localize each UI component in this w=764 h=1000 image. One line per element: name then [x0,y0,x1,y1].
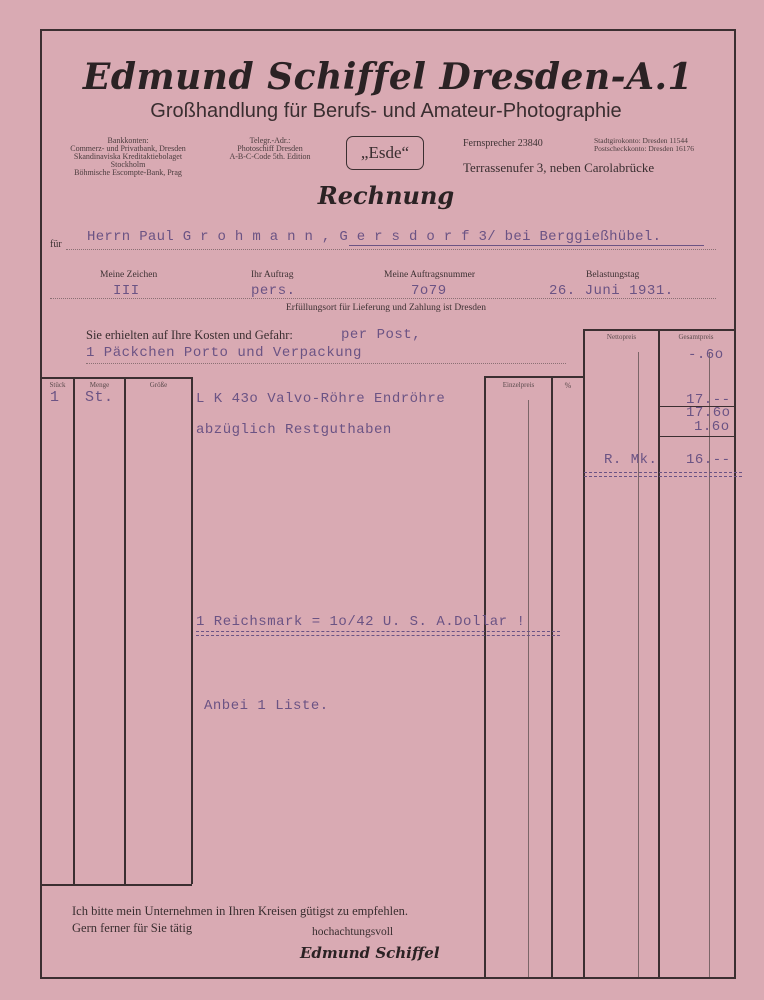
nettopreis-left [583,329,585,978]
esde-brand-mark: „Esde“ [346,136,424,170]
deduction-rule [658,436,734,437]
ihr-auftrag-label: Ihr Auftrag [251,270,293,280]
company-tagline: Großhandlung für Berufs- und Amateur-Pho… [40,100,732,123]
exchange-note: 1 Reichsmark = 1o/42 U. S. A.Dollar ! [196,614,525,630]
meta-line [50,298,716,299]
prozent-left [551,376,553,978]
shipping-label: Sie erhielten auf Ihre Kosten und Gefahr… [86,328,293,343]
frame-bottom [40,977,736,979]
amount-total: 16.-- [686,452,731,468]
col-menge-header: Menge [75,381,124,389]
recipient-value: Herrn Paul G r o h m a n n , G e r s d o… [87,229,661,245]
footer-recommendation: Ich bitte mein Unternehmen in Ihren Krei… [72,904,408,919]
enclosure-note: Anbei 1 Liste. [204,698,329,714]
bank-accounts: Bankkonten: Commerz- und Privatbank, Dre… [48,137,208,177]
col-groesse-header: Größe [126,381,191,389]
phone-number: Fernsprecher 23840 [463,138,543,149]
shipping-line2: 1 Päckchen Porto und Verpackung [86,345,362,361]
amount-deduction: 1.6o [694,419,730,435]
meine-zeichen-value: III [113,283,140,299]
col-gesamtpreis-header: Gesamtpreis [660,333,732,341]
signature: Edmund Schiffel [300,944,440,962]
recipient-line [66,249,716,250]
auftragsnummer-value: 7o79 [411,283,447,299]
row1-description: L K 43o Valvo-Röhre Endröhre [196,391,445,407]
recipient-label: für [50,239,62,250]
belastungstag-label: Belastungstag [586,270,639,280]
row1-menge: St. [85,389,114,406]
einzelpreis-decimal [528,400,529,977]
invoice-title: Rechnung [40,181,732,210]
col-stueck-header: Stück [42,381,73,389]
auftragsnummer-label: Meine Auftragsnummer [384,270,475,280]
left-table-bottom [40,884,192,886]
left-table-col3 [191,377,193,884]
meine-zeichen-label: Meine Zeichen [100,270,157,280]
ihr-auftrag-value: pers. [251,283,296,299]
left-table-top [40,377,192,379]
gesamtpreis-decimal [709,352,710,977]
footer-closing: hochachtungsvoll [312,926,393,938]
recipient-underline [349,245,704,246]
total-label: R. Mk. [604,452,657,468]
nettopreis-decimal [638,352,639,977]
shipping-method: per Post, [341,327,421,343]
company-name: Edmund Schiffel Dresden-A.1 [58,56,718,98]
col-nettopreis-header: Nettopreis [585,333,658,341]
belastungstag-value: 26. Juni 1931. [549,283,674,299]
left-table-col1 [73,377,75,884]
exchange-double-underline [196,631,560,636]
einzelpreis-top [484,376,584,378]
footer-service: Gern ferner für Sie tätig [72,921,192,936]
col-prozent-header: % [553,381,583,390]
left-table-col2 [124,377,126,884]
row2-description: abzüglich Restguthaben [196,422,392,438]
total-double-underline [584,472,742,477]
erfuellungsort-note: Erfüllungsort für Lieferung und Zahlung … [40,303,732,313]
giro-accounts: Stadtgirokonto: Dresden 11544 Postscheck… [594,137,694,153]
company-address: Terrassenufer 3, neben Carolabrücke [463,160,654,176]
telegraph-address: Telegr.-Adr.: Photoschiff Dresden A-B-C-… [210,137,330,161]
col-einzelpreis-header: Einzelpreis [486,381,551,389]
row1-stueck: 1 [50,389,60,406]
amount-porto: -.6o [688,347,724,363]
shipping-line [86,363,566,364]
gesamtpreis-left [658,329,660,978]
einzelpreis-left [484,376,486,978]
